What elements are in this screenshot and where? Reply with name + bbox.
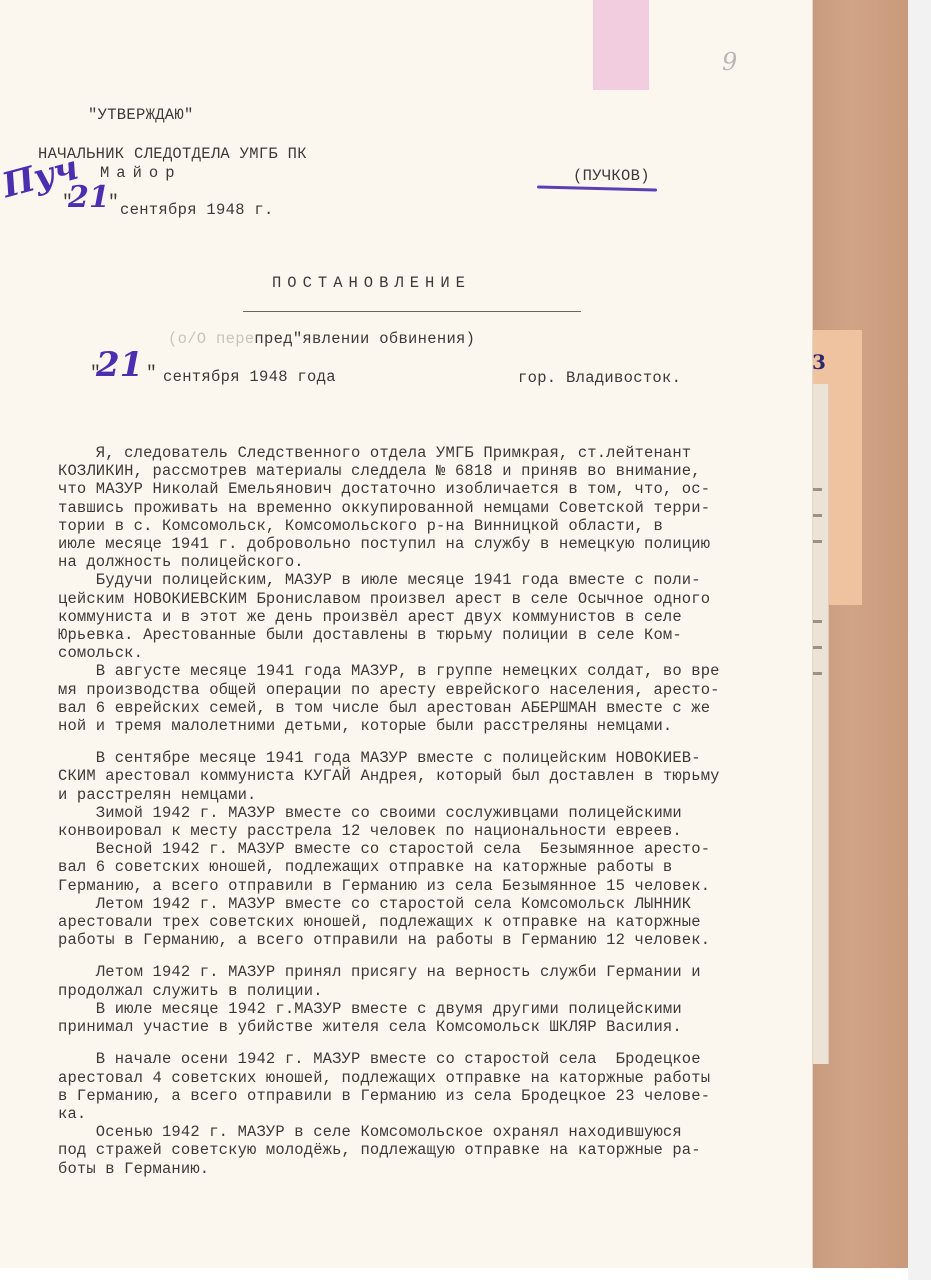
- body-line: работы в Германию, а всего отправили на …: [58, 931, 798, 949]
- approval-stamp: "УТВЕРЖДАЮ": [88, 106, 194, 124]
- signatory-name: (ПУЧКОВ): [573, 167, 650, 185]
- body-line: Зимой 1942 г. МАЗУР вместе со своими сос…: [58, 804, 798, 822]
- body-line: ной и тремя малолетними детьми, которые …: [58, 717, 798, 735]
- body-line: Весной 1942 г. МАЗУР вместе со старостой…: [58, 840, 798, 858]
- body-line: что МАЗУР Николай Емельянович достаточно…: [58, 480, 798, 498]
- body-line: цейским НОВОКИЕВСКИМ Брониславом произве…: [58, 590, 798, 608]
- body-line: под стражей советскую молодёжь, подлежащ…: [58, 1141, 798, 1159]
- page-number-pencil: 9: [722, 48, 737, 76]
- body-line: Летом 1942 г. МАЗУР принял присягу на ве…: [58, 963, 798, 981]
- struck-subtitle-fragment: (о/О пере: [168, 330, 254, 348]
- body-line: вал 6 еврейских семей, в том числе был а…: [58, 699, 798, 717]
- document-body: Я, следователь Следственного отдела УМГБ…: [58, 444, 798, 1178]
- body-line: арестовали трех советских юношей, подлеж…: [58, 913, 798, 931]
- body-line: принимал участие в убийстве жителя села …: [58, 1018, 798, 1036]
- body-line: КОЗЛИКИН, рассмотрев материалы следдела …: [58, 462, 798, 480]
- subtitle-text: пред"явлении обвинения): [254, 330, 475, 348]
- body-line: Будучи полицейским, МАЗУР в июле месяце …: [58, 571, 798, 589]
- body-line: ка.: [58, 1105, 798, 1123]
- body-line: Юрьевка. Арестованные были доставлены в …: [58, 626, 798, 644]
- body-line: на должность полицейского.: [58, 553, 798, 571]
- body-line: Осенью 1942 г. МАЗУР в селе Комсомольско…: [58, 1123, 798, 1141]
- body-line: мя производства общей операции по аресту…: [58, 681, 798, 699]
- back-sheet-mark: 3: [812, 350, 826, 374]
- body-line: тории в с. Комсомольск, Комсомольского р…: [58, 517, 798, 535]
- body-line: боты в Германию.: [58, 1160, 798, 1178]
- body-line: тавшись проживать на временно оккупирова…: [58, 499, 798, 517]
- body-line: в Германию, а всего отправили в Германию…: [58, 1087, 798, 1105]
- body-line: сомольск.: [58, 644, 798, 662]
- signature-stroke: [537, 185, 657, 191]
- body-line: В июле месяце 1942 г.МАЗУР вместе с двум…: [58, 1000, 798, 1018]
- document-title: ПОСТАНОВЛЕНИЕ: [272, 274, 471, 292]
- body-line: июле месяце 1941 г. добровольно поступил…: [58, 535, 798, 553]
- quote-mark: ": [108, 193, 119, 213]
- decree-day-handwritten: 21: [96, 345, 143, 385]
- body-line: В начале осени 1942 г. МАЗУР вместе со с…: [58, 1050, 798, 1068]
- body-line: вал 6 советских юношей, подлежащих отпра…: [58, 858, 798, 876]
- document-page: 9 "УТВЕРЖДАЮ" НАЧАЛЬНИК СЛЕДОТДЕЛА УМГБ …: [0, 0, 812, 1268]
- body-line: В сентябре месяце 1941 года МАЗУР вместе…: [58, 749, 798, 767]
- decree-date: сентября 1948 года: [163, 368, 336, 386]
- pink-tab-marker: [593, 0, 649, 90]
- approver-rank: Майор: [100, 164, 182, 182]
- paragraph-gap: [58, 735, 798, 749]
- paragraph-gap: [58, 949, 798, 963]
- quote-mark: ": [146, 364, 157, 384]
- body-line: Германию, а всего отправили в Германию и…: [58, 877, 798, 895]
- body-line: коммуниста и в этот же день произвёл аре…: [58, 608, 798, 626]
- body-line: арестовал 4 советских юношей, подлежащих…: [58, 1069, 798, 1087]
- paragraph-gap: [58, 1036, 798, 1050]
- approver-position: НАЧАЛЬНИК СЛЕДОТДЕЛА УМГБ ПК: [38, 145, 307, 163]
- document-subtitle: (о/О перепред"явлении обвинения): [168, 330, 475, 348]
- body-line: Я, следователь Следственного отдела УМГБ…: [58, 444, 798, 462]
- body-line: В августе месяце 1941 года МАЗУР, в груп…: [58, 662, 798, 680]
- body-line: конвоировал к месту расстрела 12 человек…: [58, 822, 798, 840]
- scan-background: [908, 0, 931, 1280]
- body-line: и расстрелян немцами.: [58, 786, 798, 804]
- body-line: продолжал служить в полиции.: [58, 982, 798, 1000]
- approval-date: сентября 1948 г.: [120, 201, 274, 219]
- body-line: СКИМ арестовал коммуниста КУГАЙ Андрея, …: [58, 767, 798, 785]
- body-line: Летом 1942 г. МАЗУР вместе со старостой …: [58, 895, 798, 913]
- decree-city: гор. Владивосток.: [518, 369, 681, 387]
- title-underline: [243, 311, 581, 312]
